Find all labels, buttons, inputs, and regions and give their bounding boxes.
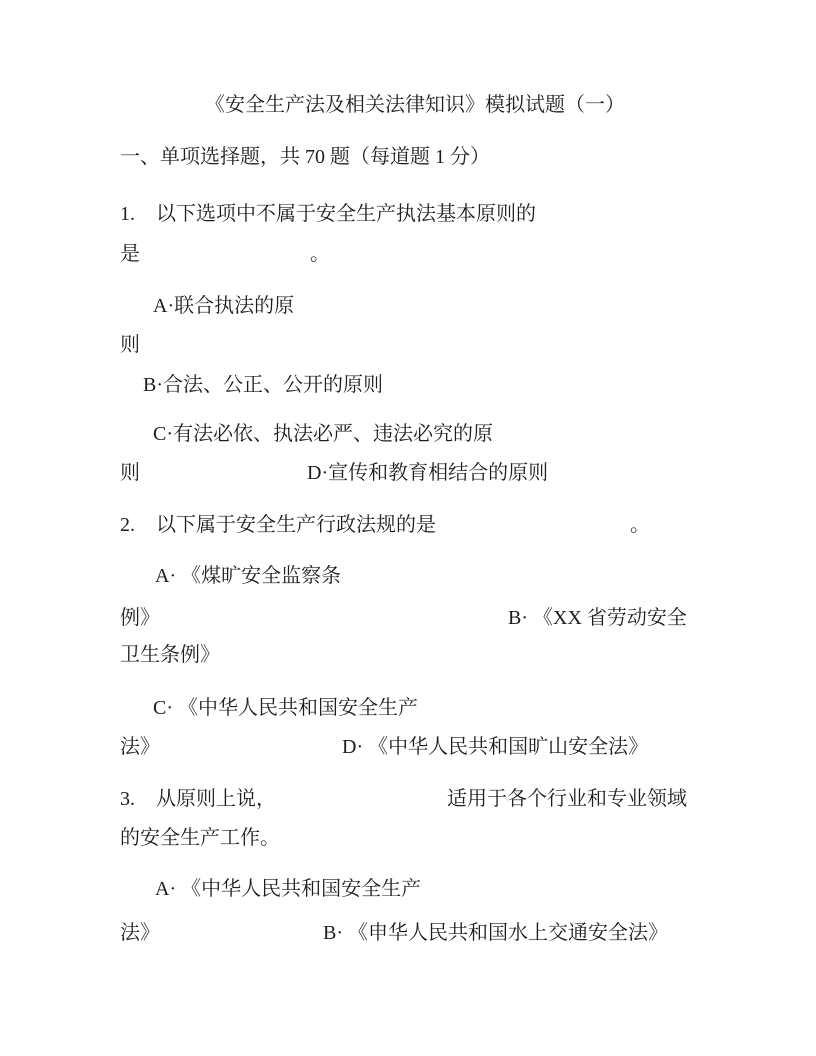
q1-option-c-d-line-segment-1: D·宣传和教育相结合的原则 [307,461,548,485]
q3-stem-line-1-segment-1: 从原则上说， [156,787,276,811]
q1-option-b-segment-0: B·合法、公正、公开的原则 [143,373,383,397]
q3-option-a-line-1-segment-0: A· 《中华人民共和国安全生产 [155,877,421,901]
section-heading-segment-0: 一、单项选择题，共 70 题（每道题 1 分） [120,145,490,169]
q1-option-c-line-1-segment-0: C·有法必依、执法必严、违法必究的原 [153,422,493,446]
q1-option-a-line-1-segment-0: A·联合执法的原 [153,294,294,318]
q1-option-c-line-1: C·有法必依、执法必严、违法必究的原 [0,422,816,448]
q3-stem-line-1-segment-2: 适用于各个行业和专业领域 [447,787,687,811]
q1-stem-line-1-segment-0: 1. [120,202,135,226]
q1-stem-line-2-segment-0: 是 [120,242,140,266]
q2-option-b-line-2-segment-0: 卫生条例》 [120,643,220,667]
q3-option-a-b-line-segment-0: 法》 [120,921,160,945]
q1-option-a-line-2-segment-0: 则 [120,333,140,357]
q3-option-a-b-line: 法》B· 《申华人民共和国水上交通安全法》 [0,921,816,947]
q3-option-a-line-1: A· 《中华人民共和国安全生产 [0,877,816,903]
q2-option-a-line-1-segment-0: A· 《煤旷安全监察条 [155,564,341,588]
document-page: 《安全生产法及相关法律知识》模拟试题（一）一、单项选择题，共 70 题（每道题 … [0,0,816,1056]
q1-stem-line-2-segment-1: 。 [310,242,330,266]
q2-stem: 2.以下属于安全生产行政法规的是。 [0,513,816,539]
q2-option-b-line-2: 卫生条例》 [0,643,816,669]
q3-stem-line-1: 3.从原则上说，适用于各个行业和专业领域 [0,787,816,813]
q2-option-c-d-line-segment-0: 法》 [120,735,160,759]
q3-stem-line-2: 的安全生产工作。 [0,826,816,852]
doc-title: 《安全生产法及相关法律知识》模拟试题（一） [0,93,816,119]
q2-option-c-line-1: C· 《中华人民共和国安全生产 [0,696,816,722]
q3-stem-line-2-segment-0: 的安全生产工作。 [120,826,280,850]
q2-option-c-d-line: 法》D· 《中华人民共和国旷山安全法》 [0,735,816,761]
q2-option-a-b-line-segment-0: 例》 [120,606,160,630]
q2-option-a-line-1: A· 《煤旷安全监察条 [0,564,816,590]
q2-stem-segment-2: 。 [630,513,650,537]
q1-stem-line-1: 1.以下选项中不属于安全生产执法基本原则的 [0,202,816,228]
q1-option-c-d-line: 则D·宣传和教育相结合的原则 [0,461,816,487]
q2-stem-segment-1: 以下属于安全生产行政法规的是 [156,513,436,537]
doc-title-segment-0: 《安全生产法及相关法律知识》模拟试题（一） [205,93,625,117]
q1-stem-line-1-segment-1: 以下选项中不属于安全生产执法基本原则的 [156,202,536,226]
q2-option-c-d-line-segment-1: D· 《中华人民共和国旷山安全法》 [342,735,648,759]
q2-option-c-line-1-segment-0: C· 《中华人民共和国安全生产 [153,696,418,720]
q2-option-a-b-line: 例》B· 《XX 省劳动安全 [0,606,816,632]
q3-option-a-b-line-segment-1: B· 《申华人民共和国水上交通安全法》 [323,921,668,945]
q1-stem-line-2: 是。 [0,242,816,268]
section-heading: 一、单项选择题，共 70 题（每道题 1 分） [0,145,816,171]
q1-option-b: B·合法、公正、公开的原则 [0,373,816,399]
q1-option-a-line-2: 则 [0,333,816,359]
q2-option-a-b-line-segment-1: B· 《XX 省劳动安全 [508,606,687,630]
q3-stem-line-1-segment-0: 3. [120,787,135,811]
q2-stem-segment-0: 2. [120,513,135,537]
q1-option-c-d-line-segment-0: 则 [120,461,140,485]
q1-option-a-line-1: A·联合执法的原 [0,294,816,320]
